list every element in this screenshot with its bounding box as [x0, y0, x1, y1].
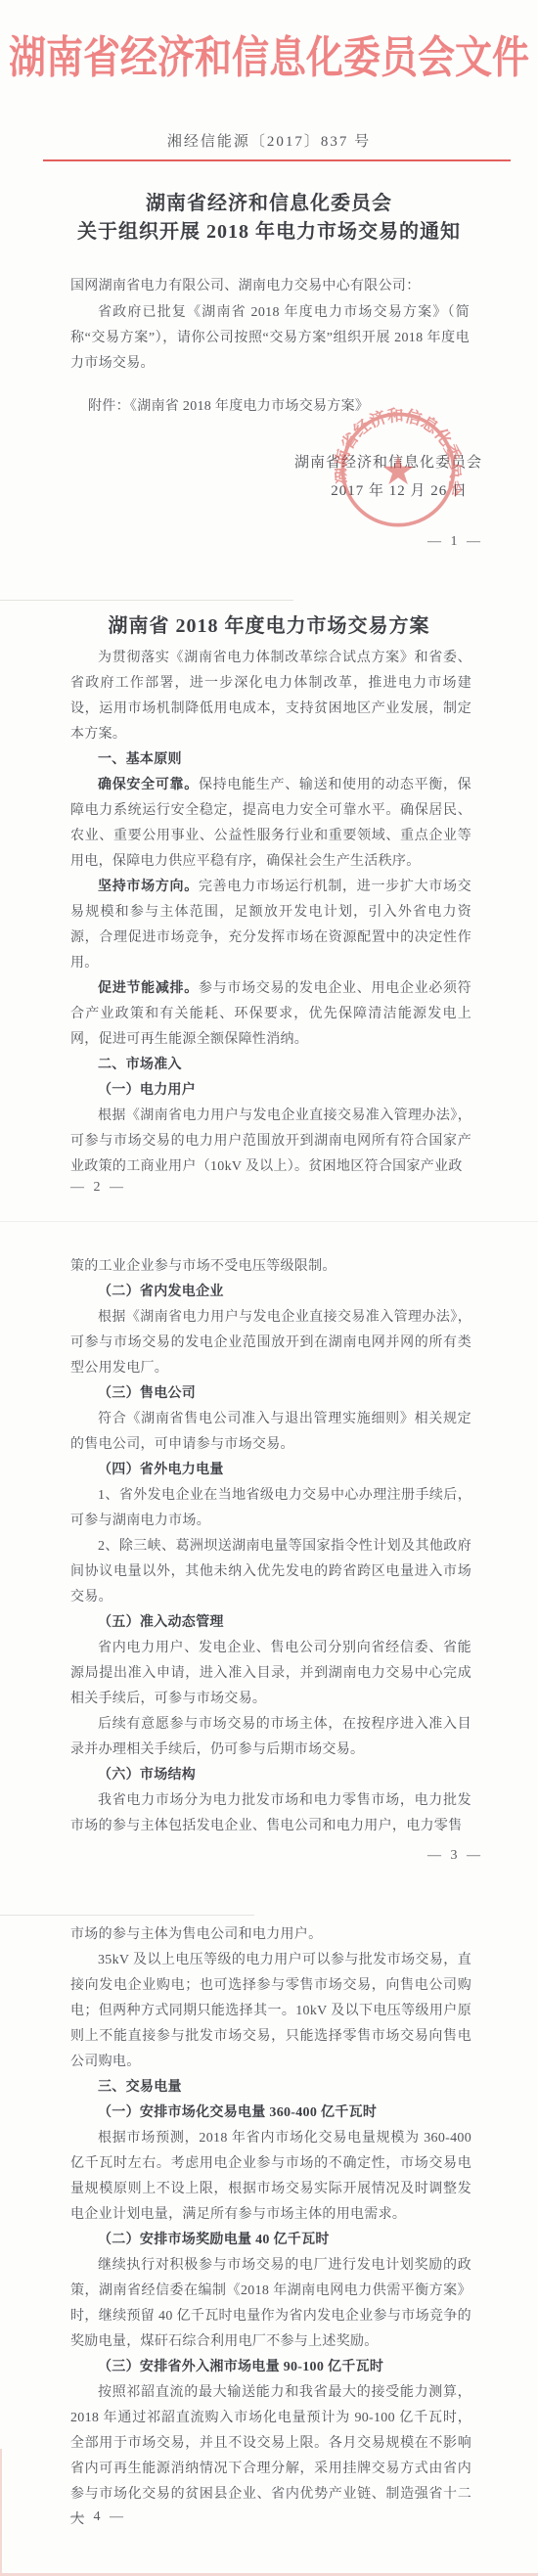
doc-paragraph: 继续执行对积极参与市场交易的电厂进行发电计划奖励的政策，湖南省经信委在编制《20… [70, 2253, 471, 2355]
notice-title-line2: 关于组织开展 2018 年电力市场交易的通知 [0, 215, 538, 244]
document-page-4: 市场的参与主体为售电公司和电力用户。35kV 及以上电压等级的电力用户可以参与批… [0, 1915, 538, 2576]
page-number-1: — 1 — [427, 534, 483, 550]
doc-heading: （五）准入动态管理 [70, 1610, 471, 1636]
doc-paragraph: 符合《湖南省售电公司准入与退出管理实施细则》相关规定的售电公司，可申请参与市场交… [70, 1407, 471, 1458]
doc-paragraph: 促进节能减排。参与市场交易的发电企业、用电企业必须符合产业政策和有关能耗、环保要… [70, 976, 471, 1053]
page4-paragraphs: 市场的参与主体为售电公司和电力用户。35kV 及以上电压等级的电力用户可以参与批… [70, 1915, 471, 2533]
scan-page-edge [0, 1915, 254, 1916]
red-letterhead-banner: 湖南省经济和信息化委员会文件 [0, 22, 538, 85]
doc-paragraph: 1、省外发电企业在当地省级电力交易中心办理注册手续后，可参与湖南电力市场。 [70, 1483, 471, 1534]
red-divider-rule [43, 159, 511, 161]
doc-heading: （三）安排省外入湘市场电量 90-100 亿千瓦时 [70, 2355, 471, 2380]
doc-heading: 三、交易电量 [70, 2075, 471, 2101]
document-page-3: 策的工业企业参与市场不受电压等级限制。（二）省内发电企业根据《湖南省电力用户与发… [0, 1221, 538, 1915]
doc-paragraph: 我省电力市场分为电力批发市场和电力零售市场，电力批发市场的参与主体包括发电企业、… [70, 1788, 471, 1839]
document-reference-number: 湘经信能源〔2017〕837 号 [0, 130, 538, 151]
doc-heading: 二、市场准入 [70, 1053, 471, 1078]
page-number-4: — 4 — [70, 2509, 126, 2525]
scanned-official-document: 湖南省经济和信息化委员会文件 湘经信能源〔2017〕837 号 湖南省经济和信息… [0, 0, 538, 2576]
doc-heading: （一）电力用户 [70, 1078, 471, 1104]
doc-heading: （一）安排市场化交易电量 360-400 亿千瓦时 [70, 2101, 471, 2126]
document-page-1: 湖南省经济和信息化委员会文件 湘经信能源〔2017〕837 号 湖南省经济和信息… [0, 0, 538, 600]
doc-paragraph: 省内电力用户、发电企业、售电公司分别向省经信委、省能源局提出准入申请，进入准入目… [70, 1636, 471, 1712]
page2-paragraphs: 为贯彻落实《湖南省电力体制改革综合试点方案》和省委、省政府工作部署，进一步深化电… [70, 646, 471, 1180]
page-number-3: — 3 — [427, 1848, 483, 1864]
scan-edge-left [0, 2449, 2, 2576]
doc-paragraph: 市场的参与主体为售电公司和电力用户。 [70, 1922, 471, 1948]
scan-page-edge [0, 1221, 538, 1222]
scan-page-edge [0, 600, 293, 601]
page3-paragraphs: 策的工业企业参与市场不受电压等级限制。（二）省内发电企业根据《湖南省电力用户与发… [70, 1221, 471, 1839]
attachment-line: 附件：《湖南省 2018 年度电力市场交易方案》 [88, 395, 369, 415]
notice-body-paragraph: 省政府已批复《湖南省 2018 年度电力市场交易方案》（简称“交易方案”），请你… [70, 300, 470, 377]
doc-heading: （三）售电公司 [70, 1381, 471, 1407]
issue-date: 2017 年 12 月 26 日 [0, 479, 468, 500]
doc-heading: 一、基本原则 [70, 747, 471, 773]
issuing-authority-signature: 湖南省经济和信息化委员会 [0, 451, 482, 472]
doc-paragraph: 为贯彻落实《湖南省电力体制改革综合试点方案》和省委、省政府工作部署，进一步深化电… [70, 646, 471, 747]
doc-paragraph: 策的工业企业参与市场不受电压等级限制。 [70, 1254, 471, 1280]
addressee-line: 国网湖南省电力有限公司、湖南电力交易中心有限公司： [70, 275, 471, 294]
doc-heading: （二）省内发电企业 [70, 1280, 471, 1305]
notice-title-line1: 湖南省经济和信息化委员会 [0, 187, 538, 215]
doc-paragraph: 确保安全可靠。保持电能生产、输送和使用的动态平衡，保障电力系统运行安全稳定，提高… [70, 773, 471, 875]
page-number-2: — 2 — [70, 1180, 126, 1196]
doc-paragraph: 按照祁韶直流的最大输送能力和我省最大的接受能力测算，2018 年通过祁韶直流购入… [70, 2380, 471, 2533]
paragraph-lead: 坚持市场方向。 [98, 880, 199, 894]
document-page-2: 湖南省 2018 年度电力市场交易方案 为贯彻落实《湖南省电力体制改革综合试点方… [0, 600, 538, 1221]
doc-heading: （四）省外电力电量 [70, 1458, 471, 1483]
doc-paragraph: 根据《湖南省电力用户与发电企业直接交易准入管理办法》，可参与市场交易的电力用户范… [70, 1104, 471, 1180]
doc-paragraph: 35kV 及以上电压等级的电力用户可以参与批发市场交易，直接向发电企业购电；也可… [70, 1948, 471, 2075]
paragraph-lead: 确保安全可靠。 [98, 778, 199, 792]
doc-paragraph: 坚持市场方向。完善电力市场运行机制，进一步扩大市场交易规模和参与主体范围，足额放… [70, 875, 471, 976]
plan-title: 湖南省 2018 年度电力市场交易方案 [0, 600, 538, 638]
doc-heading: （六）市场结构 [70, 1763, 471, 1788]
doc-paragraph: 根据市场预测，2018 年省内市场化交易电量规模为 360-400 亿千瓦时左右… [70, 2126, 471, 2228]
doc-heading: （二）安排市场奖励电量 40 亿千瓦时 [70, 2228, 471, 2253]
doc-paragraph: 根据《湖南省电力用户与发电企业直接交易准入管理办法》，可参与市场交易的发电企业范… [70, 1305, 471, 1381]
doc-paragraph: 后续有意愿参与市场交易的市场主体，在按程序进入准入目录并办理相关手续后，仍可参与… [70, 1712, 471, 1763]
doc-paragraph: 2、除三峡、葛洲坝送湖南电量等国家指令性计划及其他政府间协议电量以外，其他未纳入… [70, 1534, 471, 1610]
paragraph-lead: 促进节能减排。 [98, 981, 199, 996]
